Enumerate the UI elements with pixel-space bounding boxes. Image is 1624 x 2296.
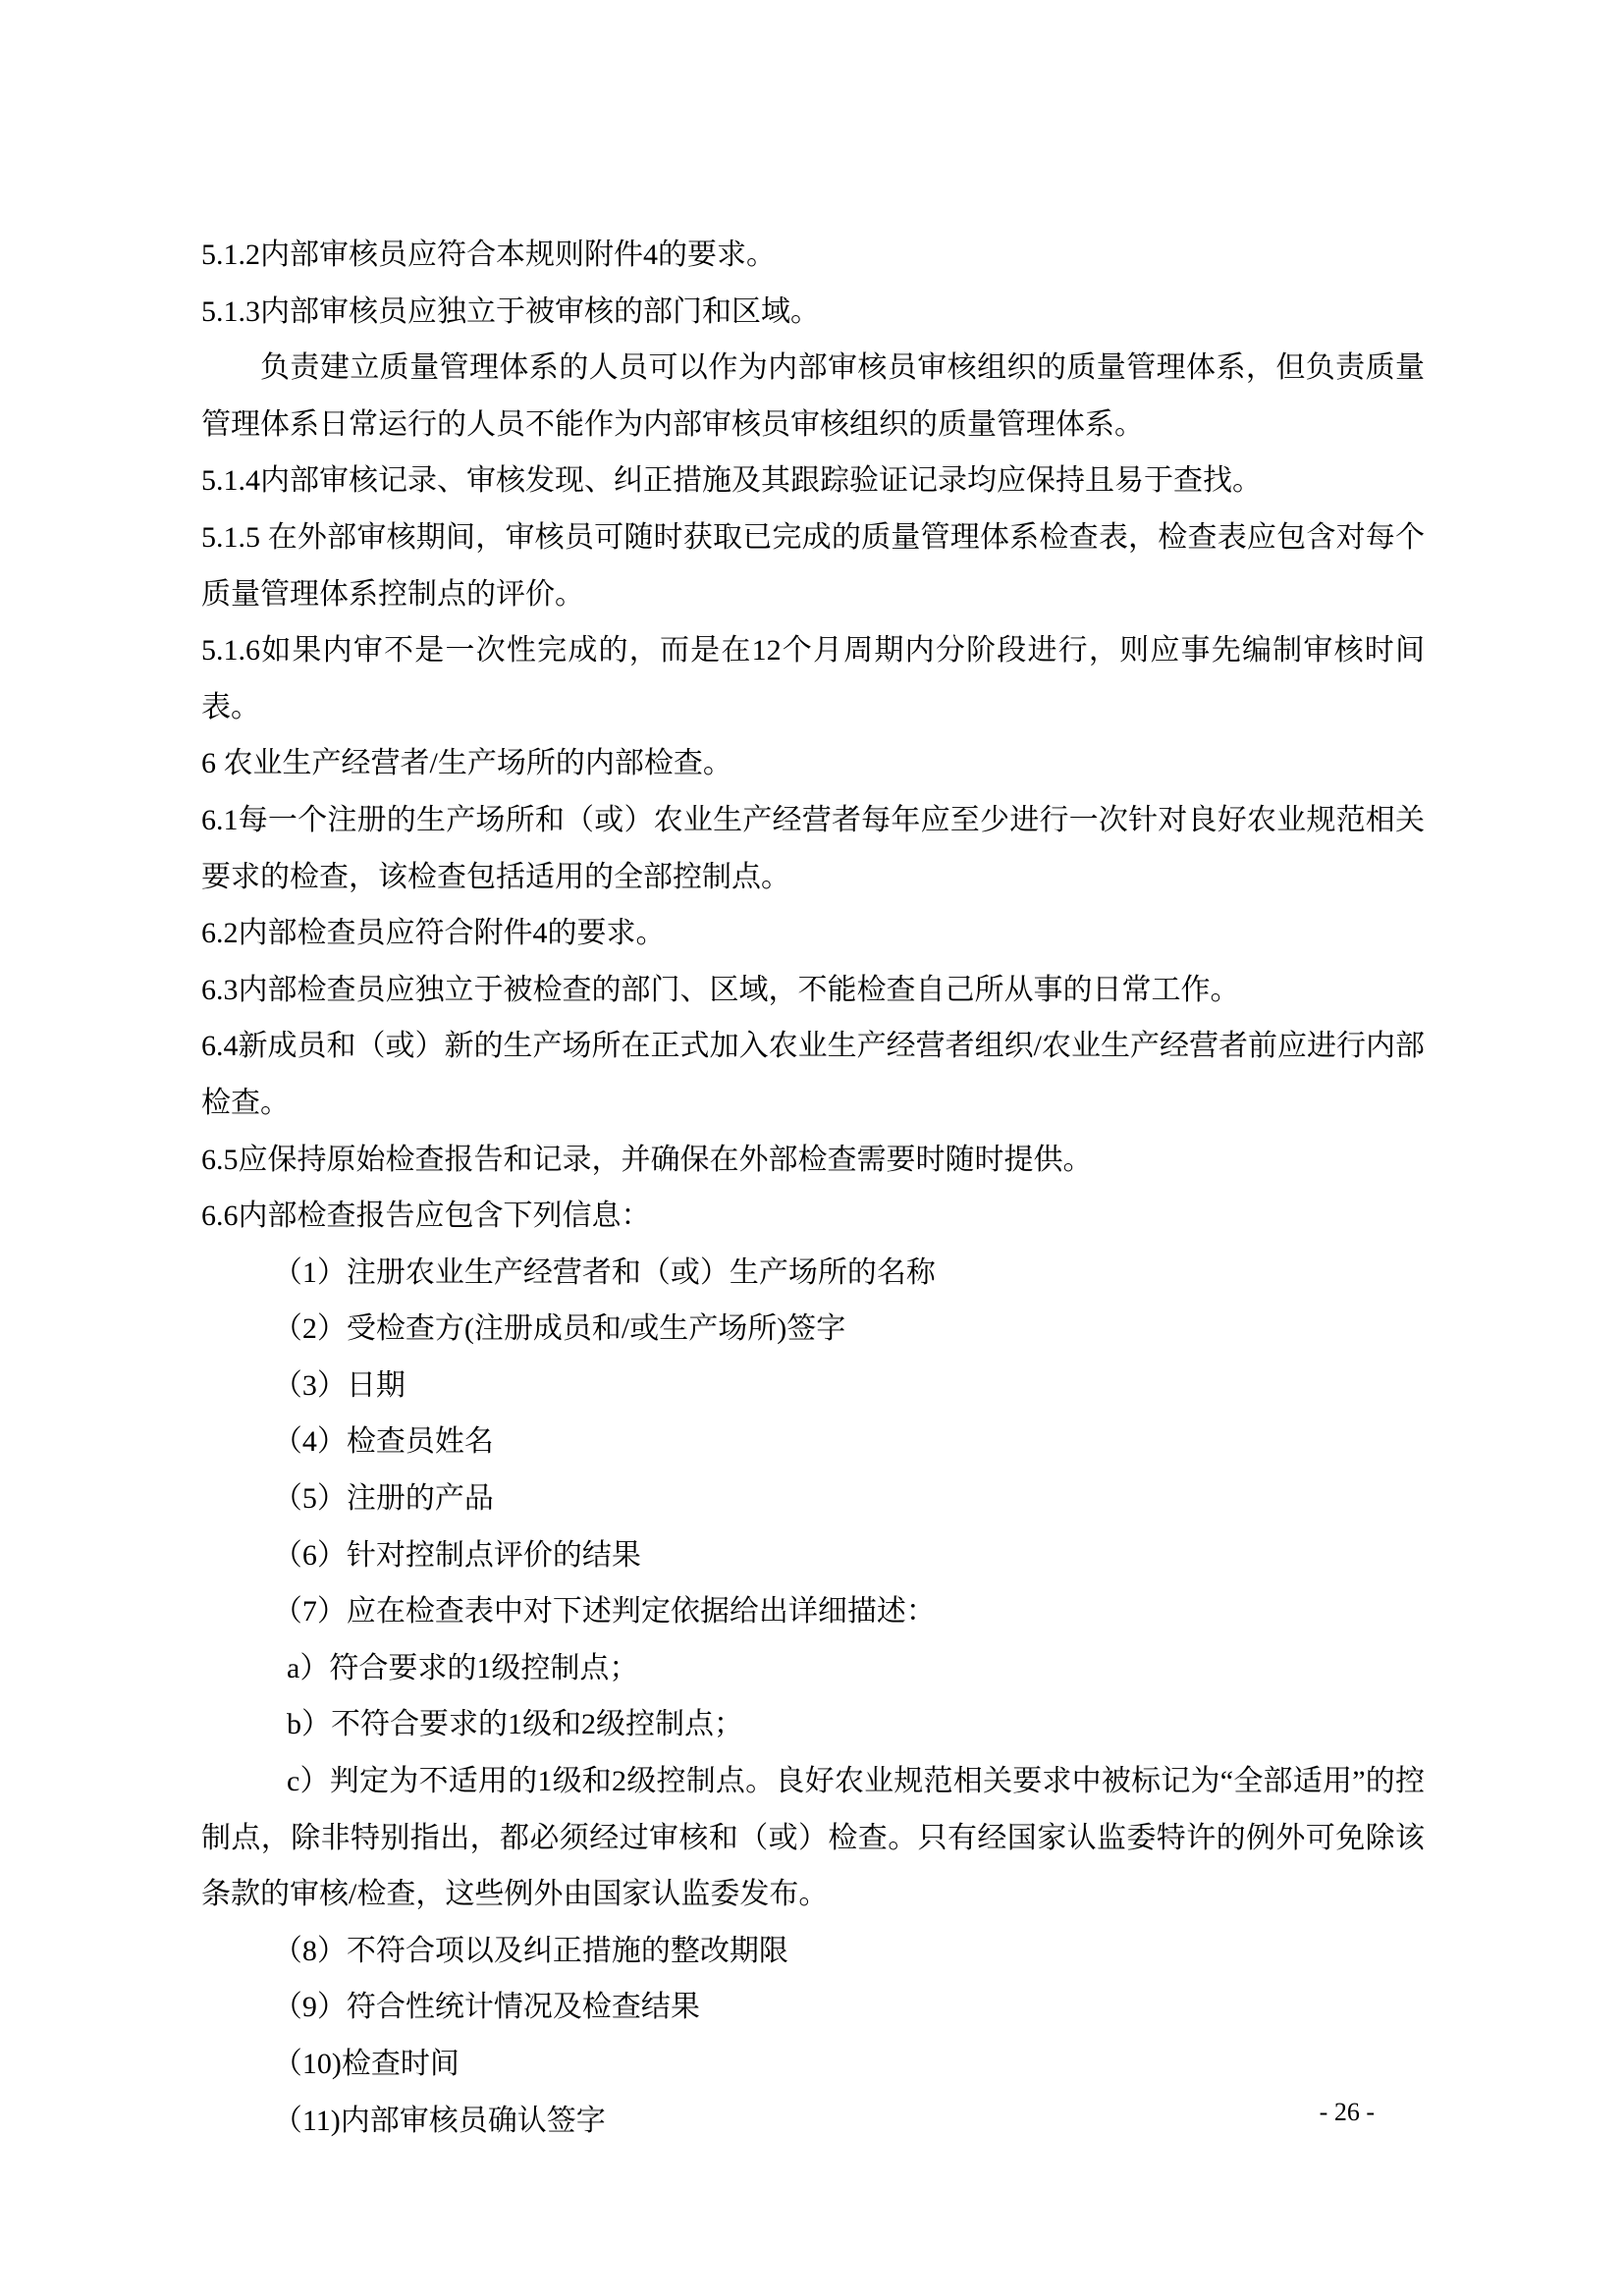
clause-6-5: 6.5应保持原始检查报告和记录，并确保在外部检查需要时随时提供。 — [201, 1132, 1425, 1189]
report-item-10: （10)检查时间 — [201, 2036, 1425, 2093]
clause-5-1-2: 5.1.2内部审核员应符合本规则附件4的要求。 — [201, 227, 1425, 284]
clause-5-1-6: 5.1.6如果内审不是一次性完成的，而是在12个月周期内分阶段进行，则应事先编制… — [201, 622, 1425, 735]
clause-5-1-5: 5.1.5 在外部审核期间，审核员可随时获取已完成的质量管理体系检查表，检查表应… — [201, 509, 1425, 622]
clause-6-4: 6.4新成员和（或）新的生产场所在正式加入农业生产经营者组织/农业生产经营者前应… — [201, 1018, 1425, 1131]
report-item-7: （7）应在检查表中对下述判定依据给出详细描述： — [201, 1583, 1425, 1640]
report-subitem-a: a）符合要求的1级控制点； — [201, 1640, 1425, 1697]
clause-6-3: 6.3内部检查员应独立于被检查的部门、区域，不能检查自己所从事的日常工作。 — [201, 962, 1425, 1019]
report-item-3: （3）日期 — [201, 1358, 1425, 1415]
report-item-4: （4）检查员姓名 — [201, 1414, 1425, 1470]
report-item-2: （2）受检查方(注册成员和/或生产场所)签字 — [201, 1301, 1425, 1358]
clause-6-2: 6.2内部检查员应符合附件4的要求。 — [201, 905, 1425, 962]
document-body: 5.1.2内部审核员应符合本规则附件4的要求。 5.1.3内部审核员应独立于被审… — [201, 227, 1425, 2149]
report-item-5: （5）注册的产品 — [201, 1470, 1425, 1527]
report-item-11: （11)内部审核员确认签字 — [201, 2093, 1425, 2150]
report-item-1: （1）注册农业生产经营者和（或）生产场所的名称 — [201, 1245, 1425, 1302]
clause-6-1: 6.1每一个注册的生产场所和（或）农业生产经营者每年应至少进行一次针对良好农业规… — [201, 792, 1425, 905]
clause-6-6: 6.6内部检查报告应包含下列信息： — [201, 1188, 1425, 1245]
report-subitem-c: c）判定为不适用的1级和2级控制点。良好农业规范相关要求中被标记为“全部适用”的… — [201, 1753, 1425, 1923]
report-subitem-b: b）不符合要求的1级和2级控制点； — [201, 1696, 1425, 1753]
document-page: 5.1.2内部审核员应符合本规则附件4的要求。 5.1.3内部审核员应独立于被审… — [0, 0, 1624, 2296]
clause-5-1-4: 5.1.4内部审核记录、审核发现、纠正措施及其跟踪验证记录均应保持且易于查找。 — [201, 453, 1425, 509]
report-item-9: （9）符合性统计情况及检查结果 — [201, 1979, 1425, 2036]
report-item-6: （6）针对控制点评价的结果 — [201, 1527, 1425, 1584]
page-number: - 26 - — [1320, 2098, 1375, 2127]
note-qms-personnel: 负责建立质量管理体系的人员可以作为内部审核员审核组织的质量管理体系，但负责质量管… — [201, 340, 1425, 453]
section-6-title: 6 农业生产经营者/生产场所的内部检查。 — [201, 735, 1425, 792]
clause-5-1-3: 5.1.3内部审核员应独立于被审核的部门和区域。 — [201, 284, 1425, 341]
report-item-8: （8）不符合项以及纠正措施的整改期限 — [201, 1923, 1425, 1980]
